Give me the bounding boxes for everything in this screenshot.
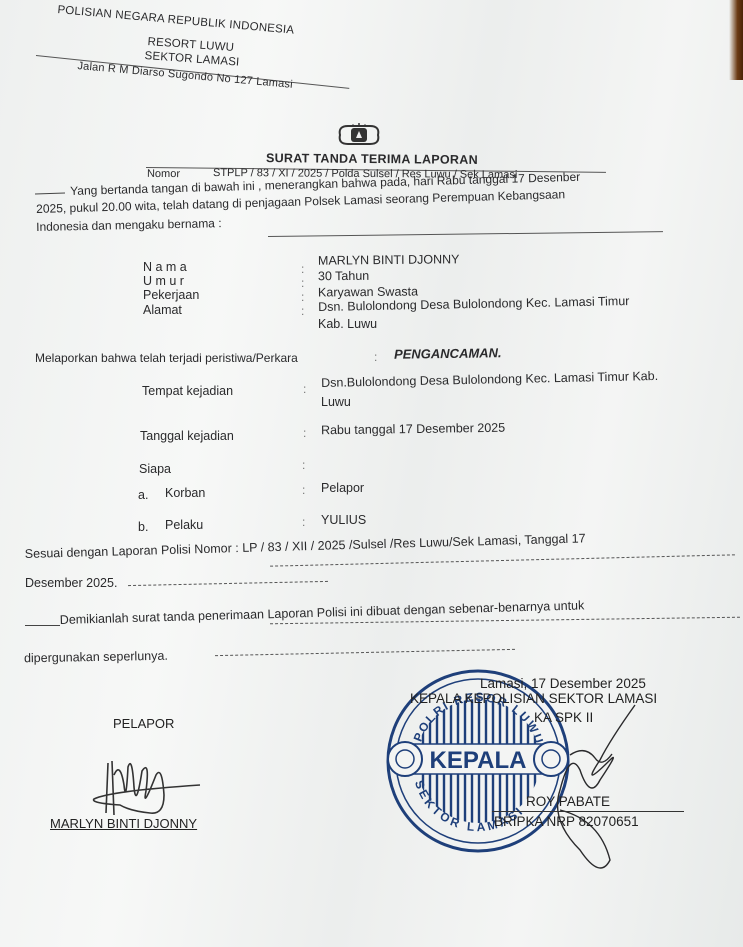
report-lead: Melaporkan bahwa telah terjadi peristiwa… xyxy=(35,351,298,365)
official-name: ROY PABATE xyxy=(526,794,610,809)
perp-prefix: b. xyxy=(138,520,148,534)
report-place-label: Tempat kejadian xyxy=(142,384,233,398)
reference-dashline xyxy=(270,554,735,566)
place-date: Lamasi, 17 Desember 2025 xyxy=(480,676,646,691)
report-date: Rabu tanggal 17 Desember 2025 xyxy=(321,421,505,438)
identity-name: MARLYN BINTI DJONNY xyxy=(318,252,460,267)
reporter-name: MARLYN BINTI DJONNY xyxy=(50,816,197,831)
identity-job: Karyawan Swasta xyxy=(318,284,418,299)
report-place-line2: Luwu xyxy=(321,395,351,409)
table-edge xyxy=(729,0,743,80)
perp-value: YULIUS xyxy=(321,513,366,527)
reference-line2: Desember 2025. xyxy=(25,576,117,590)
closing-dashline2 xyxy=(215,649,515,656)
reporter-title: PELAPOR xyxy=(113,716,174,731)
report-date-label: Tanggal kejadian xyxy=(140,429,234,443)
document-page: POLISIAN NEGARA REPUBLIK INDONESIA RESOR… xyxy=(0,0,743,947)
reference-dashline2 xyxy=(128,581,328,586)
reference-line1: Sesuai dengan Laporan Polisi Nomor : LP … xyxy=(25,531,586,561)
letterhead-line1: POLISIAN NEGARA REPUBLIK INDONESIA xyxy=(57,4,295,37)
who-colon: : xyxy=(302,458,305,472)
victim-value: Pelapor xyxy=(321,481,364,495)
closing-dash xyxy=(25,625,60,626)
stamp-center-text: KEPALA xyxy=(430,747,527,774)
report-who-label: Siapa xyxy=(139,462,171,476)
identity-colons: :::: xyxy=(301,262,304,318)
intro-line3: Indonesia dan mengaku bernama : xyxy=(36,216,222,234)
victim-prefix: a. xyxy=(138,488,148,502)
report-place: Dsn.Bulolondong Desa Bulolondong Kec. La… xyxy=(321,369,658,390)
perp-colon: : xyxy=(302,515,305,529)
identity-label-job: Pekerjaan xyxy=(143,288,199,302)
identity-age: 30 Tahun xyxy=(318,269,369,283)
intro-dash xyxy=(35,192,65,194)
document-title: SURAT TANDA TERIMA LAPORAN xyxy=(266,151,478,167)
identity-address-line2: Kab. Luwu xyxy=(318,317,377,331)
date-colon: : xyxy=(303,426,306,440)
report-case: PENGANCAMAN. xyxy=(394,345,502,362)
report-colon: : xyxy=(374,350,377,364)
intro-underline xyxy=(268,231,663,237)
document-number-label: Nomor xyxy=(147,168,180,180)
official-rank: BRIPKA NRP 82070651 xyxy=(494,814,639,829)
victim-colon: : xyxy=(302,483,305,497)
identity-label-address: Alamat xyxy=(143,303,182,317)
official-name-underline xyxy=(492,811,684,812)
victim-label: Korban xyxy=(165,486,205,500)
place-colon: : xyxy=(303,382,306,396)
police-emblem-icon xyxy=(336,122,382,148)
closing-line2: dipergunakan seperlunya. xyxy=(24,649,168,666)
identity-label-age: U m u r xyxy=(143,274,184,288)
perp-label: Pelaku xyxy=(165,518,203,532)
reporter-signature-icon xyxy=(80,755,220,825)
identity-label-name: N a m a xyxy=(143,260,187,274)
